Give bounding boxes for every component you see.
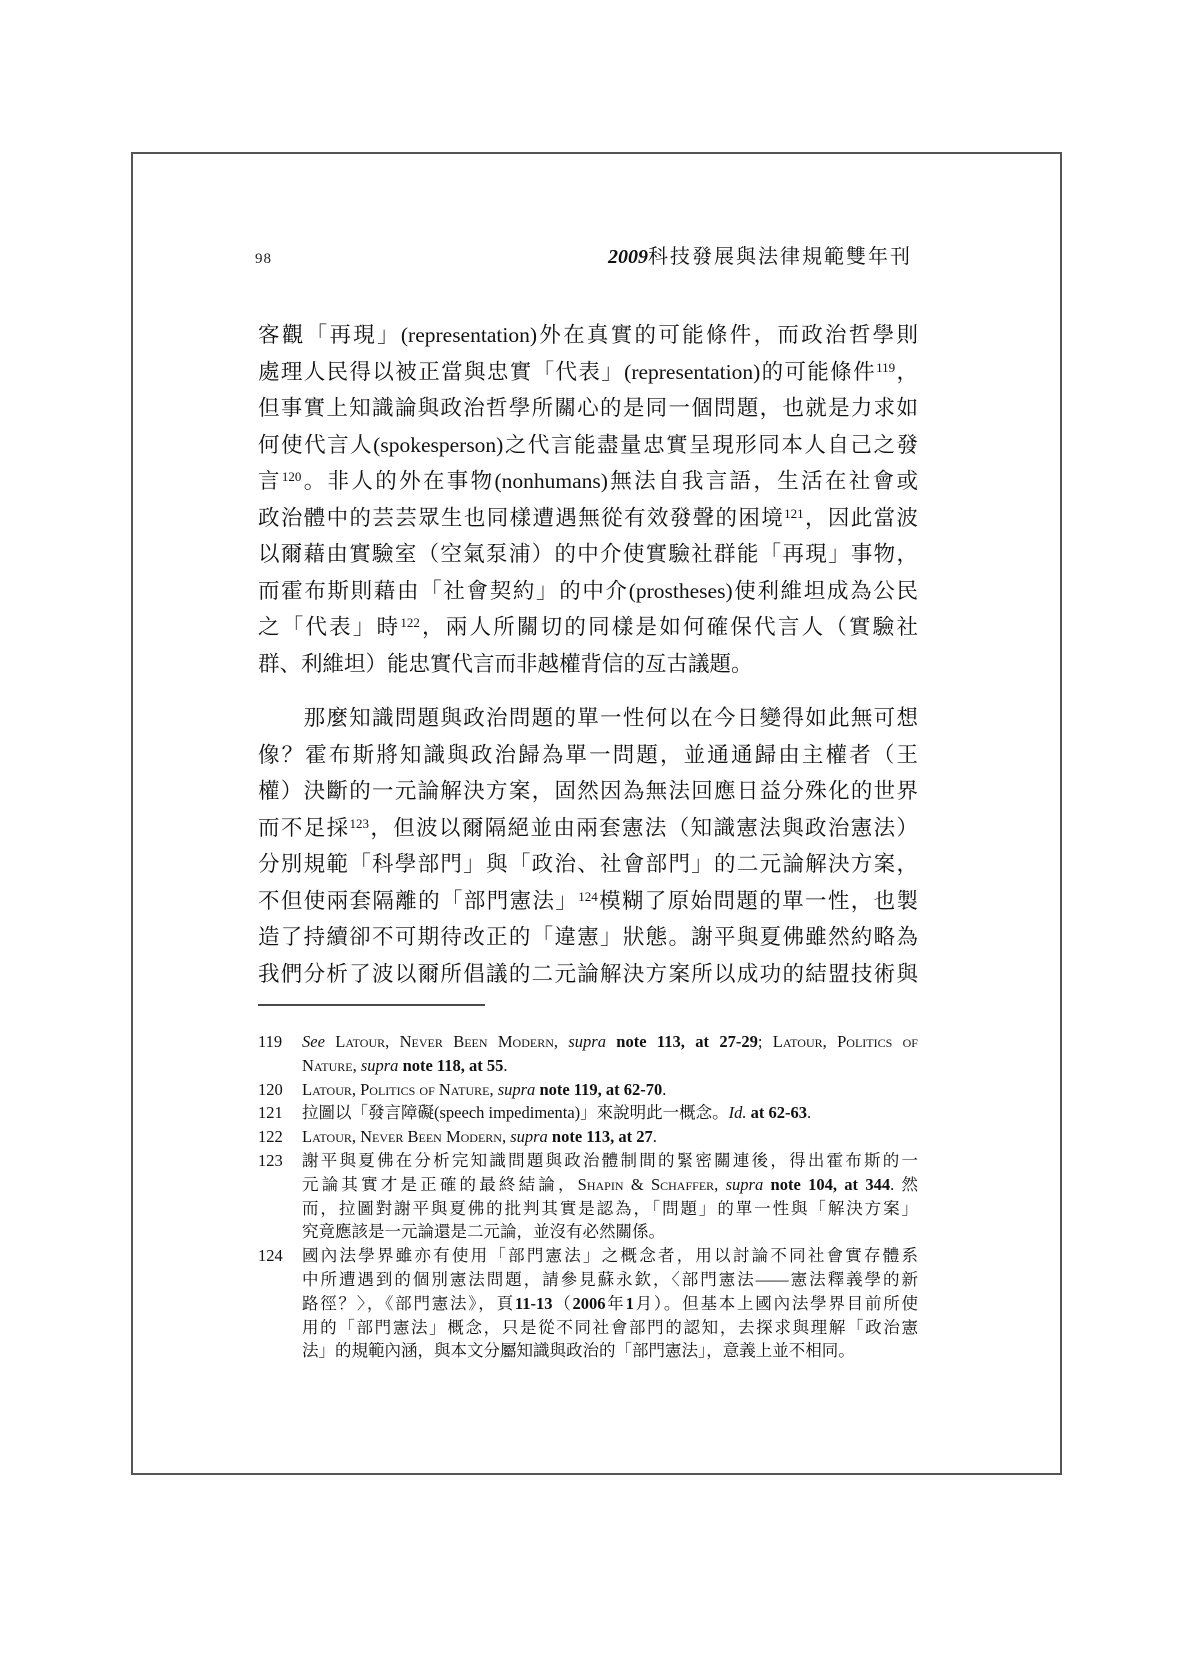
italic-text: supra: [726, 1175, 764, 1194]
body-line: 之「代表」時122，兩人所關切的同樣是如何確保代言人（實驗社: [258, 609, 918, 646]
footnote-120: 120Latour, Politics of Nature, supra not…: [258, 1078, 918, 1102]
body-line: 政治體中的芸芸眾生也同樣遭遇無從有效發聲的困境121，因此當波: [258, 500, 918, 537]
body-line: 分別規範「科學部門」與「政治、社會部門」的二元論解決方案，: [258, 846, 918, 883]
body-line: 像？霍布斯將知識與政治歸為單一問題，並通通歸由主權者（王: [258, 737, 918, 774]
body-line: 處理人民得以被正當與忠實「代表」(representation)的可能條件119…: [258, 354, 918, 391]
bold-text: note 113, at 27-29: [606, 1032, 758, 1051]
footnote-line: 而，拉圖對謝平與夏佛的批判其實是認為，「問題」的單一性與「解決方案」: [302, 1197, 918, 1221]
footnote-line: 究竟應該是一元論還是二元論，並沒有必然關係。: [302, 1220, 918, 1244]
body-line: 何使代言人(spokesperson)之代言能盡量忠實呈現形同本人自己之發: [258, 427, 918, 464]
scanned-journal-page: { "colors": { "background": "#ffffff", "…: [0, 0, 1177, 1664]
bold-text: at 62-63: [747, 1103, 808, 1122]
body-line: 不但使兩套隔離的「部門憲法」124模糊了原始問題的單一性，也製: [258, 883, 918, 920]
journal-title-text: 科技發展與法律規範雙年刊: [648, 246, 912, 268]
small-caps-text: Latour, Politics of: [773, 1032, 918, 1051]
footnote-line: 拉圖以「發言障礙(speech impedimenta)」來說明此一概念。Id.…: [302, 1101, 918, 1125]
page-frame: 98 2009科技發展與法律規範雙年刊 客觀「再現」(representatio…: [131, 152, 1062, 1475]
journal-title-year: 2009: [608, 246, 648, 268]
bold-text: 2006: [573, 1294, 606, 1313]
footnote-number: 121: [258, 1101, 283, 1125]
page-content: 客觀「再現」(representation)外在真實的可能條件，而政治哲學則處理…: [258, 317, 918, 1363]
footnote-124: 124國內法學界雖亦有使用「部門憲法」之概念者，用以討論不同社會實存體系中所遭遇…: [258, 1244, 918, 1363]
body-line: 群、利維坦）能忠實代言而非越權背信的亙古議題。: [258, 646, 918, 683]
body-line: 我們分析了波以爾所倡議的二元論解決方案所以成功的結盟技術與: [258, 956, 918, 993]
footnote-line: 路徑？〉，《部門憲法》，頁11-13（2006年1月）。但基本上國內法學界目前所…: [302, 1292, 918, 1316]
body-line: 而不足採123，但波以爾隔絕並由兩套憲法（知識憲法與政治憲法）: [258, 810, 918, 847]
footnote-number: 119: [258, 1030, 282, 1054]
footnote-line: Latour, Never Been Modern, supra note 11…: [302, 1125, 918, 1149]
footnote-number: 123: [258, 1149, 283, 1173]
footnote-line: Latour, Politics of Nature, supra note 1…: [302, 1078, 918, 1102]
body-line: 客觀「再現」(representation)外在真實的可能條件，而政治哲學則: [258, 317, 918, 354]
footnote-line: 中所遭遇到的個別憲法問題，請參見蘇永欽，〈部門憲法——憲法釋義學的新: [302, 1268, 918, 1292]
small-caps-text: Latour, Never Been Modern,: [335, 1032, 568, 1051]
body-line: 以爾藉由實驗室（空氣泵浦）的中介使實驗社群能「再現」事物，: [258, 536, 918, 573]
small-caps-text: Nature,: [302, 1056, 361, 1075]
footnote-ref-122: 122: [400, 615, 420, 630]
footnote-line: Nature, supra note 118, at 55.: [302, 1054, 918, 1078]
footnote-line: 法」的規範內涵，與本文分屬知識與政治的「部門憲法」，意義上並不相同。: [302, 1339, 918, 1363]
footnote-number: 122: [258, 1125, 283, 1149]
body-line: 但事實上知識論與政治哲學所關心的是同一個問題，也就是力求如: [258, 390, 918, 427]
footnote-line: 國內法學界雖亦有使用「部門憲法」之概念者，用以討論不同社會實存體系: [302, 1244, 918, 1268]
footnote-119: 119See Latour, Never Been Modern, supra …: [258, 1030, 918, 1078]
footnote-121: 121拉圖以「發言障礙(speech impedimenta)」來說明此一概念。…: [258, 1101, 918, 1125]
footnote-ref-124: 124: [578, 889, 598, 904]
body-line: 那麼知識問題與政治問題的單一性何以在今日變得如此無可想: [258, 700, 918, 737]
page-header: 98 2009科技發展與法律規範雙年刊: [255, 240, 912, 269]
small-caps-text: Shapin & Schaffer,: [578, 1175, 726, 1194]
page-number: 98: [255, 251, 272, 268]
italic-text: supra: [568, 1032, 606, 1051]
footnote-ref-121: 121: [784, 506, 804, 521]
footnote-122: 122Latour, Never Been Modern, supra note…: [258, 1125, 918, 1149]
footnote-line: 用的「部門憲法」概念，只是從不同社會部門的認知，去探求與理解「政治憲: [302, 1316, 918, 1340]
body-line: 權）決斷的一元論解決方案，固然因為無法回應日益分殊化的世界: [258, 773, 918, 810]
body-line: 而霍布斯則藉由「社會契約」的中介(prostheses)使利維坦成為公民: [258, 573, 918, 610]
italic-text: supra: [510, 1127, 548, 1146]
italic-text: Id.: [729, 1103, 747, 1122]
small-caps-text: Latour, Never Been Modern,: [302, 1127, 510, 1146]
footnote-number: 124: [258, 1244, 283, 1268]
bold-text: note 118, at 55: [398, 1056, 503, 1075]
italic-text: See: [302, 1032, 335, 1051]
footnote-ref-123: 123: [350, 816, 370, 831]
bold-text: note 113, at 27: [548, 1127, 653, 1146]
body-text: 客觀「再現」(representation)外在真實的可能條件，而政治哲學則處理…: [258, 317, 918, 992]
footnote-line: See Latour, Never Been Modern, supra not…: [302, 1030, 918, 1054]
journal-title: 2009科技發展與法律規範雙年刊: [608, 240, 912, 269]
footnote-line: 謝平與夏佛在分析完知識問題與政治體制間的緊密關連後，得出霍布斯的一: [302, 1149, 918, 1173]
footnote-line: 元論其實才是正確的最終結論，Shapin & Schaffer, supra n…: [302, 1173, 918, 1197]
footnote-123: 123謝平與夏佛在分析完知識問題與政治體制間的緊密關連後，得出霍布斯的一元論其實…: [258, 1149, 918, 1244]
bold-text: note 104, at 344: [763, 1175, 890, 1194]
footnote-separator: [258, 1004, 485, 1006]
italic-text: supra: [498, 1080, 536, 1099]
small-caps-text: Latour, Politics of Nature,: [302, 1080, 498, 1099]
footnote-ref-119: 119: [876, 360, 895, 375]
footnote-number: 120: [258, 1078, 283, 1102]
bold-text: 1: [626, 1294, 634, 1313]
italic-text: supra: [361, 1056, 399, 1075]
footnotes: 119See Latour, Never Been Modern, supra …: [258, 1030, 918, 1363]
footnote-ref-120: 120: [282, 469, 302, 484]
bold-text: note 119, at 62-70: [535, 1080, 662, 1099]
bold-text: 11-13: [515, 1294, 553, 1313]
body-line: 言120。非人的外在事物(nonhumans)無法自我言語，生活在社會或: [258, 463, 918, 500]
body-paragraph: 那麼知識問題與政治問題的單一性何以在今日變得如此無可想像？霍布斯將知識與政治歸為…: [258, 700, 918, 992]
body-line: 造了持續卻不可期待改正的「違憲」狀態。謝平與夏佛雖然約略為: [258, 919, 918, 956]
body-paragraph: 客觀「再現」(representation)外在真實的可能條件，而政治哲學則處理…: [258, 317, 918, 682]
